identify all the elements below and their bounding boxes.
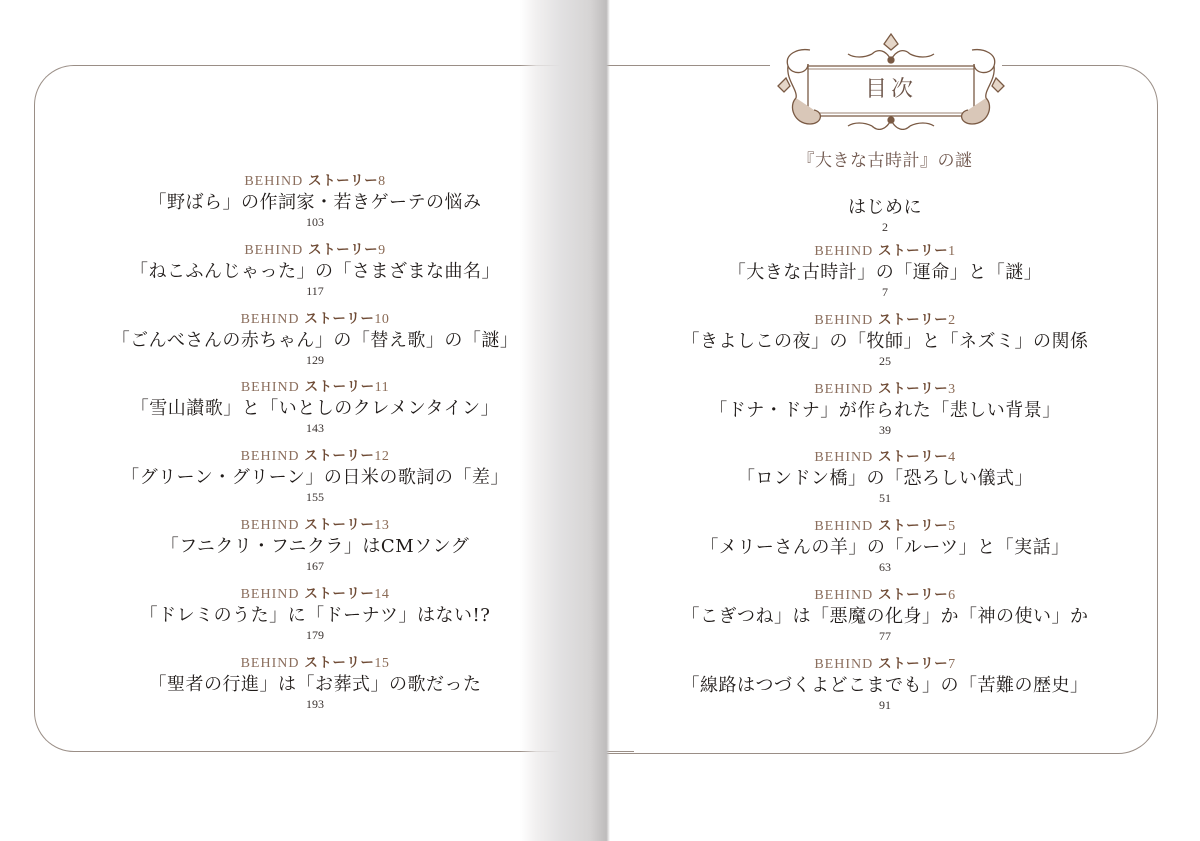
- entry-title: 「聖者の行進」は「お葬式」の歌だった: [149, 673, 482, 697]
- story-word: ストーリー: [878, 381, 948, 397]
- page-number: 117: [306, 284, 324, 298]
- story-number: 11: [375, 380, 389, 395]
- behind-text: BEHIND: [241, 312, 300, 327]
- book-subtitle: 『大きな古時計』の謎: [690, 146, 1080, 171]
- behind-text: BEHIND: [814, 657, 873, 672]
- story-number: 9: [378, 243, 386, 258]
- toc-entry[interactable]: BEHIND ストーリー5 「メリーさんの羊」の「ルーツ」と「実話」 63: [690, 517, 1080, 586]
- story-label: BEHIND ストーリー9: [244, 241, 385, 260]
- page-number: 7: [882, 285, 888, 299]
- page-number: 91: [879, 698, 891, 712]
- story-label: BEHIND ストーリー8: [244, 172, 385, 191]
- toc-entry[interactable]: BEHIND ストーリー8 「野ばら」の作詞家・若きゲーテの悩み 103: [120, 172, 510, 241]
- entry-title: 「ドレミのうた」に「ドーナツ」はない!?: [140, 604, 491, 628]
- page-number: 2: [882, 220, 888, 234]
- story-number: 7: [948, 657, 956, 672]
- behind-text: BEHIND: [244, 243, 303, 258]
- story-word: ストーリー: [304, 655, 374, 671]
- entry-title: 「雪山讃歌」と「いとしのクレメンタイン」: [131, 397, 499, 421]
- page-number: 51: [879, 491, 891, 505]
- behind-text: BEHIND: [241, 380, 300, 395]
- behind-text: BEHIND: [814, 382, 873, 397]
- story-number: 8: [378, 174, 386, 189]
- toc-entry[interactable]: BEHIND ストーリー9 「ねこふんじゃった」の「さまざまな曲名」 117: [120, 241, 510, 310]
- entry-title: はじめに: [848, 196, 922, 220]
- story-label: BEHIND ストーリー6: [814, 586, 955, 605]
- toc-list-left: BEHIND ストーリー8 「野ばら」の作詞家・若きゲーテの悩み 103 BEH…: [120, 172, 510, 722]
- story-word: ストーリー: [878, 449, 948, 465]
- story-label: BEHIND ストーリー10: [241, 310, 390, 329]
- entry-title: 「野ばら」の作詞家・若きゲーテの悩み: [149, 191, 482, 215]
- story-number: 6: [948, 588, 956, 603]
- page-number: 155: [306, 490, 324, 504]
- page-number: 77: [879, 629, 891, 643]
- page-number: 39: [879, 423, 891, 437]
- story-word: ストーリー: [878, 656, 948, 672]
- behind-text: BEHIND: [814, 588, 873, 603]
- story-word: ストーリー: [304, 448, 374, 464]
- toc-entry[interactable]: BEHIND ストーリー7 「線路はつづくよどこまでも」の「苦難の歴史」 91: [690, 655, 1080, 724]
- story-word: ストーリー: [304, 517, 374, 533]
- story-word: ストーリー: [878, 518, 948, 534]
- story-word: ストーリー: [878, 587, 948, 603]
- behind-text: BEHIND: [244, 174, 303, 189]
- toc-entry[interactable]: BEHIND ストーリー1 「大きな古時計」の「運命」と「謎」 7: [690, 242, 1080, 311]
- story-word: ストーリー: [305, 379, 375, 395]
- entry-title: 「メリーさんの羊」の「ルーツ」と「実話」: [700, 536, 1069, 560]
- story-word: ストーリー: [308, 242, 378, 258]
- book-spread: 目次 BEHIND ストーリー8 「野ばら」の作詞家・若きゲーテの悩み 103 …: [0, 0, 1200, 841]
- story-label: BEHIND ストーリー5: [814, 517, 955, 536]
- page-number: 63: [879, 560, 891, 574]
- book-gutter: [520, 0, 610, 841]
- page-number: 167: [306, 559, 324, 573]
- story-number: 5: [948, 519, 956, 534]
- behind-text: BEHIND: [814, 450, 873, 465]
- story-label: BEHIND ストーリー2: [814, 311, 955, 330]
- toc-entry[interactable]: BEHIND ストーリー11 「雪山讃歌」と「いとしのクレメンタイン」 143: [120, 378, 510, 447]
- story-label: BEHIND ストーリー7: [814, 655, 955, 674]
- toc-entry[interactable]: BEHIND ストーリー14 「ドレミのうた」に「ドーナツ」はない!? 179: [120, 585, 510, 654]
- story-number: 1: [948, 244, 956, 259]
- behind-text: BEHIND: [814, 244, 873, 259]
- toc-entry[interactable]: BEHIND ストーリー3 「ドナ・ドナ」が作られた「悲しい背景」 39: [690, 380, 1080, 449]
- toc-entry[interactable]: BEHIND ストーリー4 「ロンドン橋」の「恐ろしい儀式」 51: [690, 448, 1080, 517]
- entry-title: 「こぎつね」は「悪魔の化身」か「神の使い」か: [682, 605, 1089, 629]
- story-number: 13: [374, 518, 389, 533]
- story-word: ストーリー: [304, 311, 374, 327]
- story-word: ストーリー: [878, 312, 948, 328]
- story-number: 15: [374, 656, 389, 671]
- story-word: ストーリー: [308, 173, 378, 189]
- behind-text: BEHIND: [241, 518, 300, 533]
- story-word: ストーリー: [304, 586, 374, 602]
- entry-title: 「ごんべさんの赤ちゃん」の「替え歌」の「謎」: [112, 329, 519, 353]
- behind-text: BEHIND: [241, 587, 300, 602]
- entry-title: 「ねこふんじゃった」の「さまざまな曲名」: [130, 260, 500, 284]
- story-label: BEHIND ストーリー4: [814, 448, 955, 467]
- story-label: BEHIND ストーリー11: [241, 378, 389, 397]
- toc-entry[interactable]: BEHIND ストーリー10 「ごんべさんの赤ちゃん」の「替え歌」の「謎」 12…: [120, 310, 510, 379]
- page-number: 179: [306, 628, 324, 642]
- toc-list-right: はじめに 2 BEHIND ストーリー1 「大きな古時計」の「運命」と「謎」 7…: [690, 196, 1080, 724]
- entry-title: 「グリーン・グリーン」の日米の歌詞の「差」: [121, 466, 509, 490]
- entry-title: 「ドナ・ドナ」が作られた「悲しい背景」: [709, 399, 1061, 423]
- behind-text: BEHIND: [814, 313, 873, 328]
- toc-entry[interactable]: BEHIND ストーリー12 「グリーン・グリーン」の日米の歌詞の「差」 155: [120, 447, 510, 516]
- right-page: 『大きな古時計』の謎 はじめに 2 BEHIND ストーリー1 「大きな古時計」…: [690, 0, 1080, 841]
- left-page: BEHIND ストーリー8 「野ばら」の作詞家・若きゲーテの悩み 103 BEH…: [120, 0, 510, 841]
- story-word: ストーリー: [878, 243, 948, 259]
- toc-entry[interactable]: BEHIND ストーリー6 「こぎつね」は「悪魔の化身」か「神の使い」か 77: [690, 586, 1080, 655]
- story-label: BEHIND ストーリー12: [241, 447, 390, 466]
- page-number: 143: [306, 421, 324, 435]
- page-number: 25: [879, 354, 891, 368]
- page-number: 193: [306, 697, 324, 711]
- page-number: 129: [306, 353, 324, 367]
- behind-text: BEHIND: [241, 449, 300, 464]
- entry-title: 「線路はつづくよどこまでも」の「苦難の歴史」: [682, 674, 1089, 698]
- story-number: 12: [374, 449, 389, 464]
- behind-text: BEHIND: [241, 656, 300, 671]
- story-label: BEHIND ストーリー13: [241, 516, 390, 535]
- entry-title: 「フニクリ・フニクラ」はCMソング: [161, 535, 470, 559]
- story-label: BEHIND ストーリー15: [241, 654, 390, 673]
- story-label: BEHIND ストーリー1: [814, 242, 955, 261]
- story-number: 10: [374, 312, 389, 327]
- entry-title: 「ロンドン橋」の「恐ろしい儀式」: [737, 467, 1033, 491]
- toc-entry[interactable]: BEHIND ストーリー13 「フニクリ・フニクラ」はCMソング 167: [120, 516, 510, 585]
- story-number: 4: [948, 450, 956, 465]
- story-label: BEHIND ストーリー14: [241, 585, 390, 604]
- entry-title: 「大きな古時計」の「運命」と「謎」: [728, 261, 1043, 285]
- story-number: 14: [374, 587, 389, 602]
- behind-text: BEHIND: [814, 519, 873, 534]
- story-label: BEHIND ストーリー3: [814, 380, 955, 399]
- story-number: 3: [948, 382, 956, 397]
- entry-title: 「きよしこの夜」の「牧師」と「ネズミ」の関係: [682, 330, 1089, 354]
- page-number: 103: [306, 215, 324, 229]
- story-number: 2: [948, 313, 956, 328]
- toc-entry[interactable]: BEHIND ストーリー2 「きよしこの夜」の「牧師」と「ネズミ」の関係 25: [690, 311, 1080, 380]
- toc-entry-intro[interactable]: はじめに 2: [690, 196, 1080, 242]
- toc-entry[interactable]: BEHIND ストーリー15 「聖者の行進」は「お葬式」の歌だった 193: [120, 654, 510, 723]
